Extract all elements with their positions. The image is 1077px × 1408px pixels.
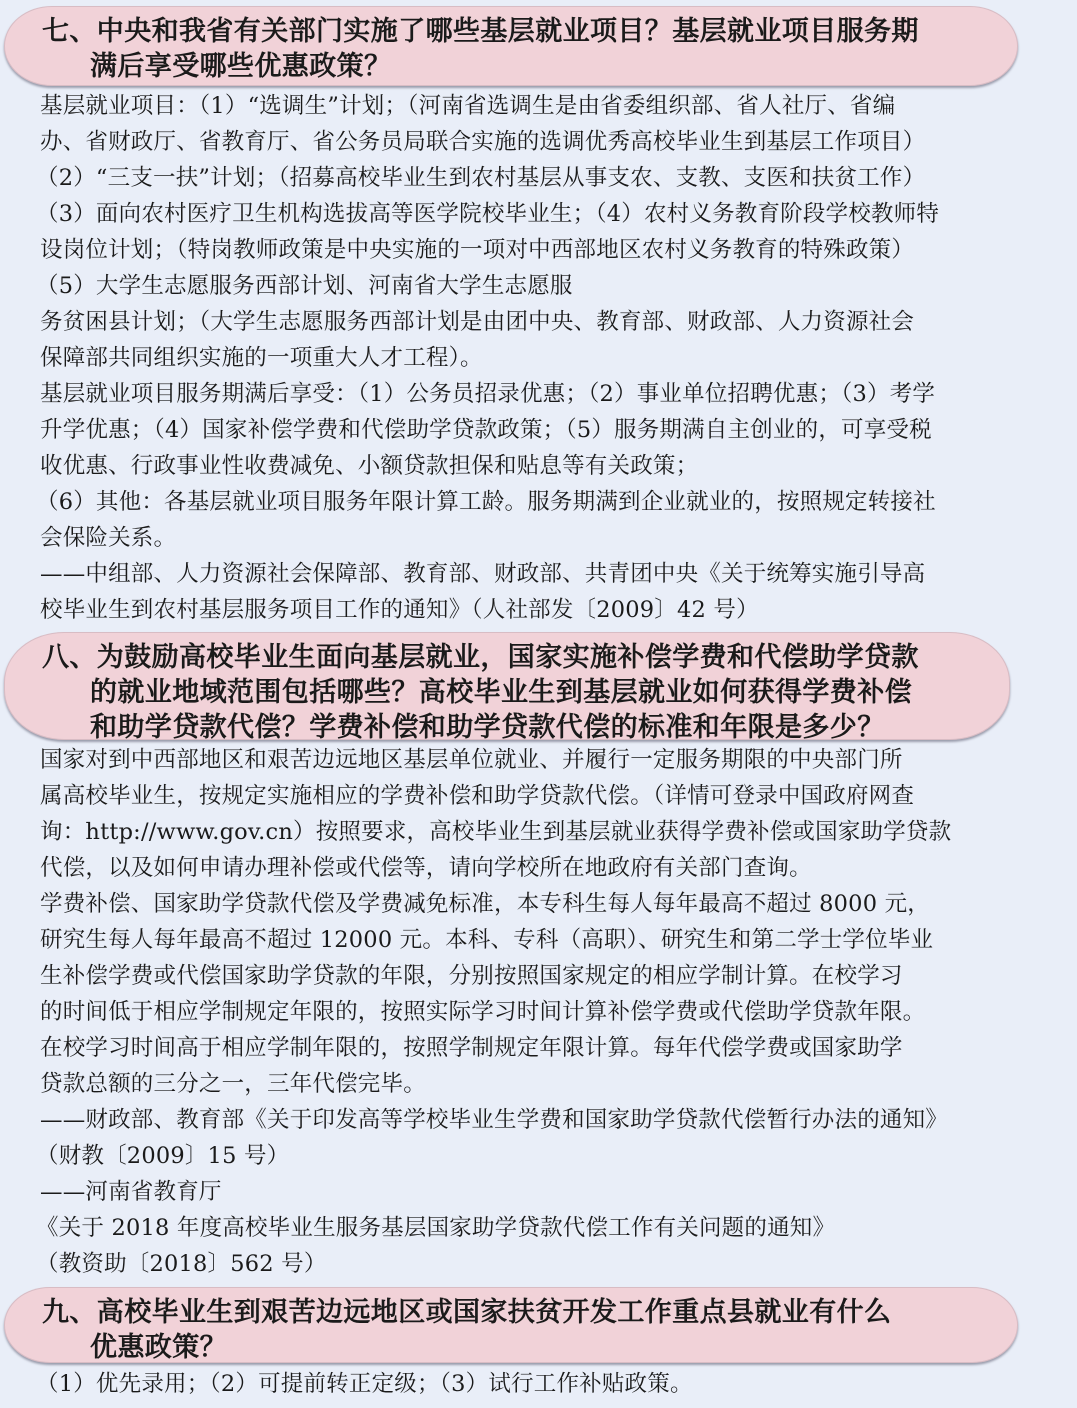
paragraph-line: 的时间低于相应学制规定年限的，按照实际学习时间计算补偿学费或代偿助学贷款年限。 xyxy=(40,994,1050,1030)
heading-line: 优惠政策？ xyxy=(42,1330,998,1365)
paragraph-line: 设岗位计划；（特岗教师政策是中央实施的一项对中西部地区农村义务教育的特殊政策） xyxy=(40,232,1050,268)
paragraph-line: （2）“三支一扶”计划；（招募高校毕业生到农村基层从事支农、支教、支医和扶贫工作… xyxy=(36,160,1050,196)
citation-line: ——中组部、人力资源社会保障部、教育部、财政部、共青团中央《关于统筹实施引导高 xyxy=(40,556,1050,592)
section-8-heading: 八、为鼓励高校毕业生面向基层就业，国家实施补偿学费和代偿助学贷款 的就业地域范围… xyxy=(4,632,1010,740)
paragraph-line: （1）优先录用；（2）可提前转正定级；（3）试行工作补贴政策。 xyxy=(36,1366,1050,1402)
paragraph-line: （3）面向农村医疗卫生机构选拔高等医学院校毕业生；（4）农村义务教育阶段学校教师… xyxy=(36,196,1050,232)
paragraph-line: 会保险关系。 xyxy=(40,520,1050,556)
paragraph-line: 基层就业项目服务期满后享受：（1）公务员招录优惠；（2）事业单位招聘优惠；（3）… xyxy=(40,376,1050,412)
paragraph-line: 学费补偿、国家助学贷款代偿及学费减免标准，本专科生每人每年最高不超过 8000 … xyxy=(40,886,1050,922)
citation-line: ——财政部、教育部《关于印发高等学校毕业生学费和国家助学贷款代偿暂行办法的通知》 xyxy=(40,1102,1050,1138)
heading-line: 和助学贷款代偿？学费补偿和助学贷款代偿的标准和年限是多少？ xyxy=(42,710,990,745)
citation-line: ——河南省教育厅 xyxy=(40,1174,1050,1210)
paragraph-line: 在校学习时间高于相应学制年限的，按照学制规定年限计算。每年代偿学费或国家助学 xyxy=(40,1030,1050,1066)
section-9-body: （1）优先录用；（2）可提前转正定级；（3）试行工作补贴政策。 xyxy=(40,1366,1050,1402)
citation-line: （教资助〔2018〕562 号） xyxy=(36,1246,1050,1282)
paragraph-line: 办、省财政厅、省教育厅、省公务员局联合实施的选调优秀高校毕业生到基层工作项目） xyxy=(40,124,1050,160)
section-8-body: 国家对到中西部地区和艰苦边远地区基层单位就业、并履行一定服务期限的中央部门所 属… xyxy=(40,742,1050,1282)
citation-line: 校毕业生到农村基层服务项目工作的通知》（人社部发〔2009〕42 号） xyxy=(40,592,1050,628)
paragraph-line: 生补偿学费或代偿国家助学贷款的年限，分别按照国家规定的相应学制计算。在校学习 xyxy=(40,958,1050,994)
paragraph-line: 国家对到中西部地区和艰苦边远地区基层单位就业、并履行一定服务期限的中央部门所 xyxy=(40,742,1050,778)
paragraph-line: 询：http://www.gov.cn）按照要求，高校毕业生到基层就业获得学费补… xyxy=(40,814,1050,850)
paragraph-line: 贷款总额的三分之一，三年代偿完毕。 xyxy=(40,1066,1050,1102)
paragraph-line: （5）大学生志愿服务西部计划、河南省大学生志愿服 xyxy=(36,268,1050,304)
paragraph-line: 保障部共同组织实施的一项重大人才工程）。 xyxy=(40,340,1050,376)
heading-line: 七、中央和我省有关部门实施了哪些基层就业项目？基层就业项目服务期 xyxy=(42,14,998,49)
section-7-heading: 七、中央和我省有关部门实施了哪些基层就业项目？基层就业项目服务期 满后享受哪些优… xyxy=(4,6,1018,86)
heading-line: 的就业地域范围包括哪些？高校毕业生到基层就业如何获得学费补偿 xyxy=(42,675,990,710)
paragraph-line: 收优惠、行政事业性收费减免、小额贷款担保和贴息等有关政策； xyxy=(40,448,1050,484)
paragraph-line: 研究生每人每年最高不超过 12000 元。本科、专科（高职）、研究生和第二学士学… xyxy=(40,922,1050,958)
heading-line: 满后享受哪些优惠政策？ xyxy=(42,49,998,84)
paragraph-line: 属高校毕业生，按规定实施相应的学费补偿和助学贷款代偿。（详情可登录中国政府网查 xyxy=(40,778,1050,814)
heading-line: 九、高校毕业生到艰苦边远地区或国家扶贫开发工作重点县就业有什么 xyxy=(42,1295,998,1330)
heading-line: 八、为鼓励高校毕业生面向基层就业，国家实施补偿学费和代偿助学贷款 xyxy=(42,640,990,675)
paragraph-line: 升学优惠；（4）国家补偿学费和代偿助学贷款政策；（5）服务期满自主创业的，可享受… xyxy=(40,412,1050,448)
citation-line: （财教〔2009〕15 号） xyxy=(36,1138,1050,1174)
paragraph-line: 代偿，以及如何申请办理补偿或代偿等，请向学校所在地政府有关部门查询。 xyxy=(40,850,1050,886)
citation-line: 《关于 2018 年度高校毕业生服务基层国家助学贷款代偿工作有关问题的通知》 xyxy=(36,1210,1050,1246)
section-9-heading: 九、高校毕业生到艰苦边远地区或国家扶贫开发工作重点县就业有什么 优惠政策？ xyxy=(4,1287,1018,1363)
paragraph-line: （6）其他：各基层就业项目服务年限计算工龄。服务期满到企业就业的，按照规定转接社 xyxy=(36,484,1050,520)
paragraph-line: 务贫困县计划；（大学生志愿服务西部计划是由团中央、教育部、财政部、人力资源社会 xyxy=(40,304,1050,340)
section-7-body: 基层就业项目：（1）“选调生”计划；（河南省选调生是由省委组织部、省人社厅、省编… xyxy=(40,88,1050,628)
paragraph-line: 基层就业项目：（1）“选调生”计划；（河南省选调生是由省委组织部、省人社厅、省编 xyxy=(40,88,1050,124)
document-page: 七、中央和我省有关部门实施了哪些基层就业项目？基层就业项目服务期 满后享受哪些优… xyxy=(0,0,1077,1408)
